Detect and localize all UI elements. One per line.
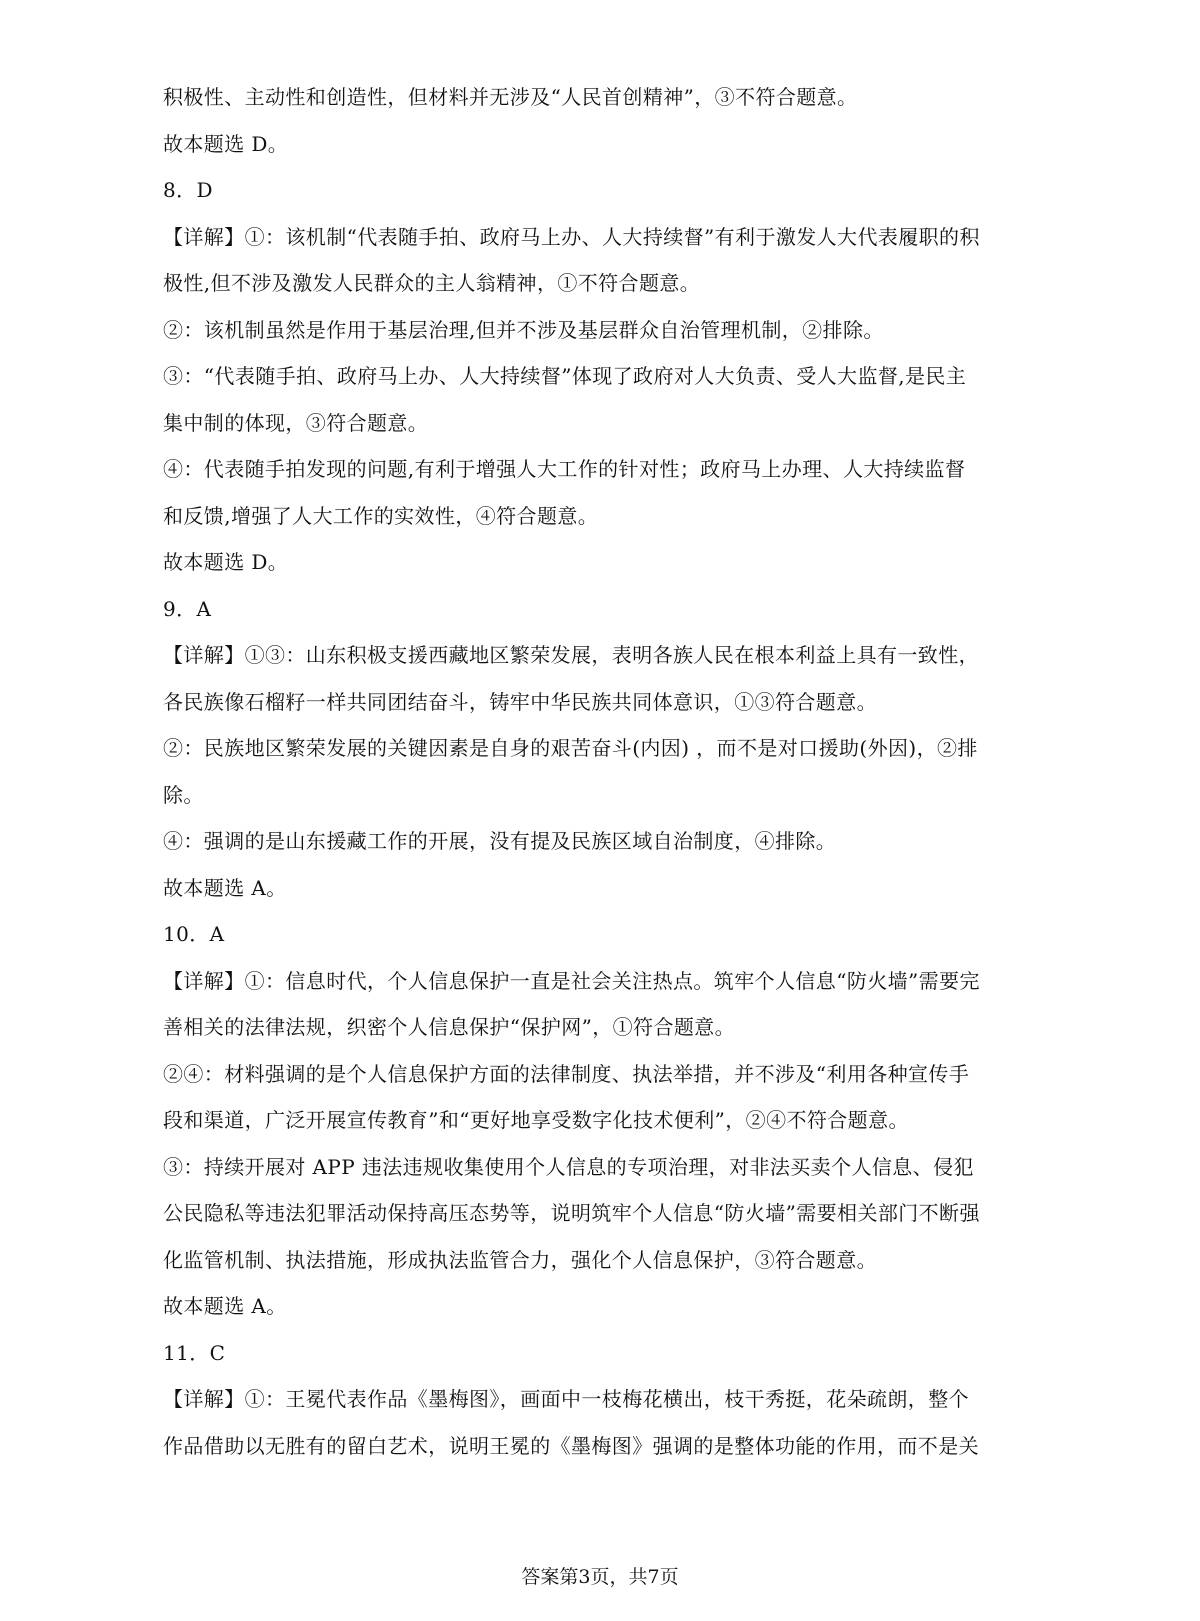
text-line: 作品借助以无胜有的留白艺术，说明王冕的《墨梅图》强调的是整体功能的作用，而不是关 [163,1423,1043,1470]
text-line: 公民隐私等违法犯罪活动保持高压态势等，说明筑牢个人信息“防火墙”需要相关部门不断… [163,1190,1043,1237]
text-line: 极性,但不涉及激发人民群众的主人翁精神，①不符合题意。 [163,260,1043,307]
text-line: ②：民族地区繁荣发展的关键因素是自身的艰苦奋斗(内因) ，而不是对口援助(外因)… [163,725,1043,772]
conclusion-line: 故本题选 D。 [163,121,1043,168]
text-line: 段和渠道，广泛开展宣传教育”和“更好地享受数字化技术便利”，②④不符合题意。 [163,1097,1043,1144]
text-line: ②④：材料强调的是个人信息保护方面的法律制度、执法举措，并不涉及“利用各种宣传手 [163,1051,1043,1098]
answer-document-body: 积极性、主动性和创造性，但材料并无涉及“人民首创精神”，③不符合题意。 故本题选… [163,74,1043,1469]
text-line: 积极性、主动性和创造性，但材料并无涉及“人民首创精神”，③不符合题意。 [163,74,1043,121]
text-line: 集中制的体现，③符合题意。 [163,400,1043,447]
text-line: 化监管机制、执法措施，形成执法监管合力，强化个人信息保护，③符合题意。 [163,1237,1043,1284]
explanation-line: 【详解】①：王冕代表作品《墨梅图》，画面中一枝梅花横出，枝干秀挺，花朵疏朗，整个 [163,1376,1043,1423]
text-line: ③：“代表随手拍、政府马上办、人大持续督”体现了政府对人大负责、受人大监督,是民… [163,353,1043,400]
text-line: ④：代表随手拍发现的问题,有利于增强人大工作的针对性；政府马上办理、人大持续监督 [163,446,1043,493]
explanation-line: 【详解】①③：山东积极支援西藏地区繁荣发展，表明各族人民在根本利益上具有一致性， [163,632,1043,679]
question-answer-9: 9．A [163,586,1043,633]
text-line: 除。 [163,772,1043,819]
page-footer: 答案第3页，共7页 [0,1562,1200,1589]
explanation-line: 【详解】①：信息时代，个人信息保护一直是社会关注热点。筑牢个人信息“防火墙”需要… [163,958,1043,1005]
text-line: 各民族像石榴籽一样共同团结奋斗，铸牢中华民族共同体意识，①③符合题意。 [163,679,1043,726]
question-answer-11: 11．C [163,1330,1043,1377]
question-answer-10: 10．A [163,911,1043,958]
text-line: 善相关的法律法规，织密个人信息保护“保护网”，①符合题意。 [163,1004,1043,1051]
text-line: ②：该机制虽然是作用于基层治理,但并不涉及基层群众自治管理机制，②排除。 [163,307,1043,354]
text-line: ④：强调的是山东援藏工作的开展，没有提及民族区域自治制度，④排除。 [163,818,1043,865]
conclusion-line: 故本题选 D。 [163,539,1043,586]
conclusion-line: 故本题选 A。 [163,865,1043,912]
text-line: ③：持续开展对 APP 违法违规收集使用个人信息的专项治理，对非法买卖个人信息、… [163,1144,1043,1191]
question-answer-8: 8．D [163,167,1043,214]
conclusion-line: 故本题选 A。 [163,1283,1043,1330]
text-line: 和反馈,增强了人大工作的实效性，④符合题意。 [163,493,1043,540]
explanation-line: 【详解】①：该机制“代表随手拍、政府马上办、人大持续督”有利于激发人大代表履职的… [163,214,1043,261]
